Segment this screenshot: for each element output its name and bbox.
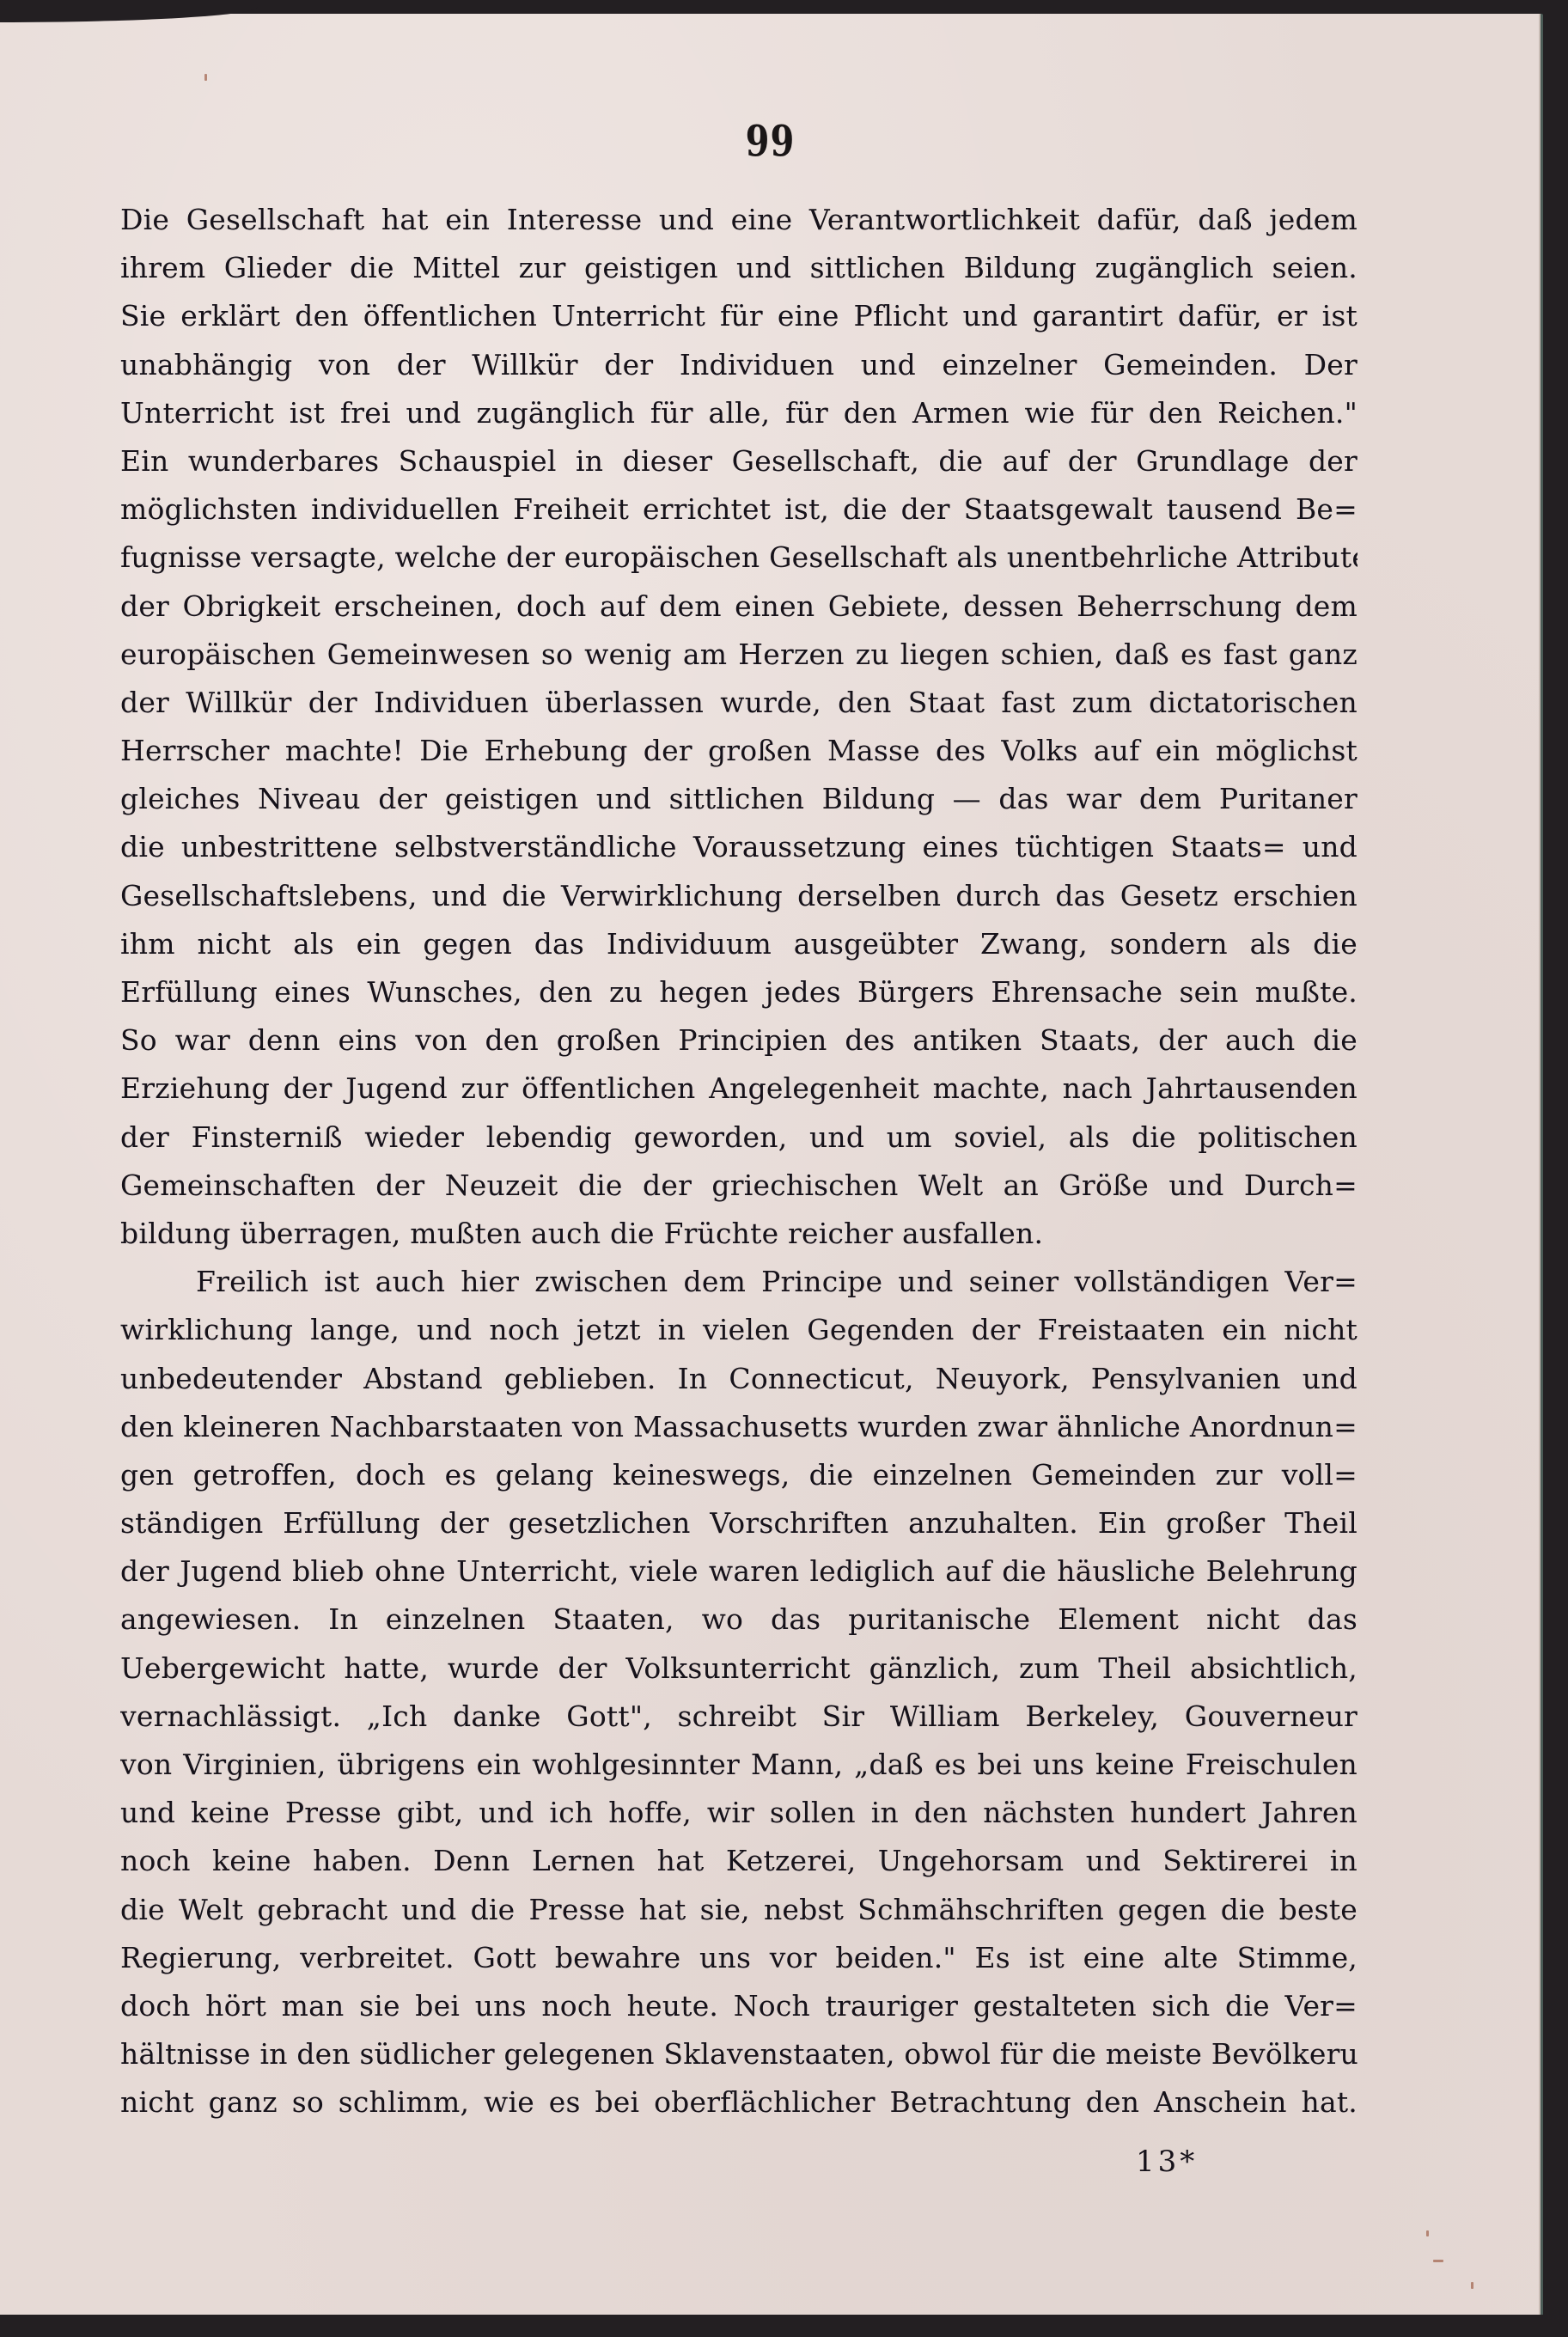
- text-line: Regierung, verbreitet. Gott bewahre uns …: [120, 1934, 1358, 1982]
- book-page: 99 Die Gesellschaft hat ein Interesse un…: [0, 14, 1543, 2315]
- text-line: der Willkür der Individuen überlassen wu…: [120, 679, 1358, 727]
- text-line: gen getroffen, doch es gelang keineswegs…: [120, 1451, 1358, 1499]
- text-line: Herrscher machte! Die Erhebung der große…: [120, 727, 1358, 775]
- text-line: vernachlässigt. „Ich danke Gott", schrei…: [120, 1693, 1358, 1741]
- text-line: die unbestrittene selbstverständliche Vo…: [120, 823, 1358, 871]
- text-line: bildung überragen, mußten auch die Früch…: [120, 1210, 1358, 1258]
- text-line: gleiches Niveau der geistigen und sittli…: [120, 775, 1358, 823]
- text-line: ihrem Glieder die Mittel zur geistigen u…: [120, 244, 1358, 292]
- paper-speck: [1433, 2260, 1443, 2262]
- text-line: Erfüllung eines Wunsches, den zu hegen j…: [120, 968, 1358, 1016]
- text-line: angewiesen. In einzelnen Staaten, wo das…: [120, 1596, 1358, 1644]
- text-line: nicht ganz so schlimm, wie es bei oberfl…: [120, 2078, 1358, 2126]
- text-line: So war denn eins von den großen Principi…: [120, 1016, 1358, 1065]
- text-line: Gemeinschaften der Neuzeit die der griec…: [120, 1162, 1358, 1210]
- text-line: möglichsten individuellen Freiheit erric…: [120, 485, 1358, 534]
- text-line: fugnisse versagte, welche der europäisch…: [120, 534, 1358, 582]
- text-line: der Obrigkeit erscheinen, doch auf dem e…: [120, 583, 1358, 631]
- signature-mark: 13*: [1136, 2145, 1198, 2179]
- text-line: wirklichung lange, und noch jetzt in vie…: [120, 1306, 1358, 1354]
- paper-speck: [204, 74, 207, 81]
- text-line: hältnisse in den südlicher gelegenen Skl…: [120, 2030, 1358, 2078]
- text-line: unabhängig von der Willkür der Individue…: [120, 341, 1358, 389]
- text-line: die Welt gebracht und die Presse hat sie…: [120, 1886, 1358, 1934]
- text-line: doch hört man sie bei uns noch heute. No…: [120, 1982, 1358, 2030]
- text-line: Gesellschaftslebens, und die Verwirklich…: [120, 872, 1358, 920]
- text-line: der Finsterniß wieder lebendig geworden,…: [120, 1114, 1358, 1162]
- text-line: Sie erklärt den öffentlichen Unterricht …: [120, 292, 1358, 340]
- page-number: 99: [0, 116, 1541, 167]
- text-line: europäischen Gemeinwesen so wenig am Her…: [120, 631, 1358, 679]
- text-line: Freilich ist auch hier zwischen dem Prin…: [120, 1258, 1358, 1306]
- text-line: Unterricht ist frei und zugänglich für a…: [120, 389, 1358, 437]
- text-line: ihm nicht als ein gegen das Individuum a…: [120, 920, 1358, 968]
- body-text: Die Gesellschaft hat ein Interesse und e…: [120, 196, 1358, 2127]
- text-line: der Jugend blieb ohne Unterricht, viele …: [120, 1547, 1358, 1596]
- text-line: noch keine haben. Denn Lernen hat Ketzer…: [120, 1837, 1358, 1885]
- text-line: und keine Presse gibt, und ich hoffe, wi…: [120, 1789, 1358, 1837]
- text-line: Ein wunderbares Schauspiel in dieser Ges…: [120, 437, 1358, 485]
- paper-speck: [1426, 2230, 1429, 2236]
- text-line: unbedeutender Abstand geblieben. In Conn…: [120, 1355, 1358, 1403]
- text-line: den kleineren Nachbarstaaten von Massach…: [120, 1403, 1358, 1451]
- paper-speck: [1471, 2282, 1473, 2289]
- text-line: von Virginien, übrigens ein wohlgesinnte…: [120, 1741, 1358, 1789]
- text-line: Die Gesellschaft hat ein Interesse und e…: [120, 196, 1358, 244]
- text-line: Erziehung der Jugend zur öffentlichen An…: [120, 1065, 1358, 1113]
- text-line: ständigen Erfüllung der gesetzlichen Vor…: [120, 1499, 1358, 1547]
- text-line: Uebergewicht hatte, wurde der Volksunter…: [120, 1644, 1358, 1693]
